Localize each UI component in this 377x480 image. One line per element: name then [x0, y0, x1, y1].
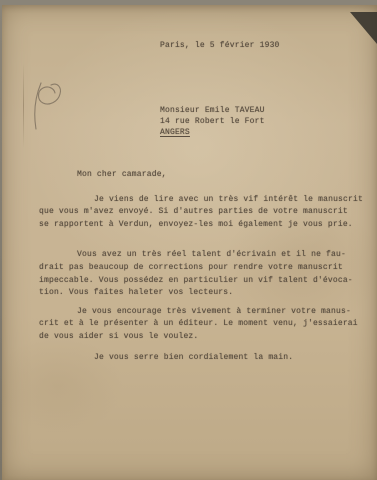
folded-corner [350, 12, 377, 44]
letter-paper: Paris, le 5 février 1930 Monsieur Emile … [2, 5, 377, 480]
paragraph-1: Je viens de lire avec un très vif intérê… [39, 194, 351, 232]
scanner-background: Paris, le 5 février 1930 Monsieur Emile … [0, 0, 377, 480]
body-line: de vous aider si vous le voulez. [39, 331, 351, 344]
body-line: impeccable. Vous possédez en particulier… [39, 275, 351, 288]
letter-body: Mon cher camarade, Je viens de lire avec… [39, 169, 351, 364]
handwritten-mark [24, 79, 66, 137]
body-line: Je vous encourage très vivement à termin… [39, 306, 351, 319]
body-line: que vous m'avez envoyé. Si d'autres part… [39, 206, 351, 219]
body-line: crit et à le présenter à un éditeur. Le … [39, 318, 351, 331]
dateline: Paris, le 5 février 1930 [160, 41, 280, 50]
body-line: Vous avez un très réel talent d'écrivain… [39, 249, 351, 262]
recipient-street: 14 rue Robert le Fort [160, 116, 265, 127]
closing-line: Je vous serre bien cordialement la main. [39, 352, 351, 365]
salutation: Mon cher camarade, [39, 169, 351, 182]
body-line: drait pas beaucoup de corrections pour r… [39, 262, 351, 275]
paragraph-3: Je vous encourage très vivement à termin… [39, 306, 351, 344]
body-line: tion. Vous faites haleter vos lecteurs. [39, 287, 351, 300]
recipient-name: Monsieur Emile TAVEAU [160, 105, 265, 116]
paragraph-2: Vous avez un très réel talent d'écrivain… [39, 249, 351, 299]
recipient-address: Monsieur Emile TAVEAU 14 rue Robert le F… [160, 105, 265, 138]
recipient-city: ANGERS [160, 127, 265, 138]
body-line: se rapportent à Verdun, envoyez-les moi … [39, 219, 351, 232]
body-line: Je viens de lire avec un très vif intérê… [39, 194, 351, 207]
